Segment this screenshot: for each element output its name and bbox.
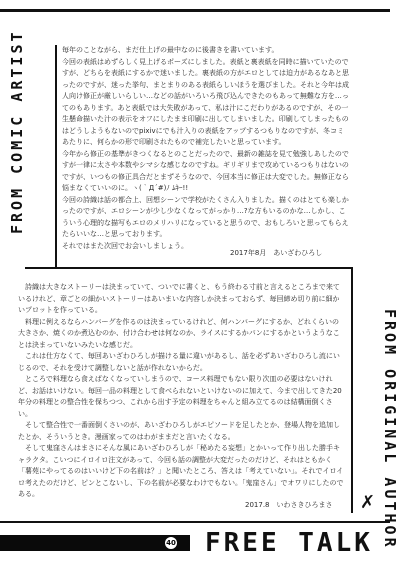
footer-bar: [0, 535, 190, 551]
author-box-right-border: [351, 267, 353, 513]
author-paragraph: ところで料理なら食えばなくなっていしまうので、コース料理でもない限り次皿の必要は…: [18, 374, 346, 420]
artist-signature: 2017年8月 あいざわひろし: [230, 248, 322, 258]
page-number: 40: [165, 537, 177, 549]
from-comic-artist-title: FROM COMIC ARTIST: [8, 84, 26, 234]
author-paragraph: そして整合性で一番面倒くさいのが、あいざわひろしがエピソードを足したとか、登場人…: [18, 420, 346, 443]
free-talk-title: FREE TALK: [205, 528, 373, 558]
author-message: 詩織は大きなストーリーは決まっていて、ついでに書くと、もう終わる寸前と言えるとこ…: [18, 282, 346, 501]
bottom-rule: [0, 521, 390, 523]
from-original-author-title: FROM ORIGINAL AUTHOR: [381, 309, 399, 479]
author-paragraph: 詩織は大きなストーリーは決まっていて、ついでに書くと、もう終わる寸前と言えるとこ…: [18, 282, 346, 317]
author-signature: 2017.8 いわさきひろまさ: [245, 500, 333, 510]
author-paragraph: 料理に例えるならハンバーグを作るのは決まっているけれど、何ハンバーグにするか、ど…: [18, 317, 346, 352]
artist-paragraph: 今回の表紙はめずらしく見上げるポーズにしました。表紙と裏表紙を同時に描いていたの…: [62, 57, 350, 149]
author-paragraph: これは仕方なくて、毎回あいざわひろしが描ける量に違いがあるし、話を必ずあいざわひ…: [18, 351, 346, 374]
decorative-scribble-icon: ✗: [360, 492, 375, 513]
artist-paragraph: 今年から修正の基準がきつくなるとのことだったので、最新の雑誌を見て勉強しあしたの…: [62, 149, 350, 195]
author-paragraph: そして鬼窪さんはまさにそんな風にあいざわひろしが「秘めたる妄想」とかいって作り出…: [18, 443, 346, 501]
artist-paragraph: 毎年のことながら、まだ仕上げの最中なのに後書きを書いています。: [62, 45, 350, 57]
artist-paragraph: 今回の詩織は話の都合上、回想シーンで学校がたくさん入りました。描くのはとても楽し…: [62, 195, 350, 241]
artist-message: 毎年のことながら、まだ仕上げの最中なのに後書きを書いています。 今回の表紙はめず…: [62, 45, 350, 252]
artist-box-bottom-border: [25, 267, 352, 269]
artist-box-left-border: [55, 45, 57, 269]
top-rule: [0, 9, 390, 12]
